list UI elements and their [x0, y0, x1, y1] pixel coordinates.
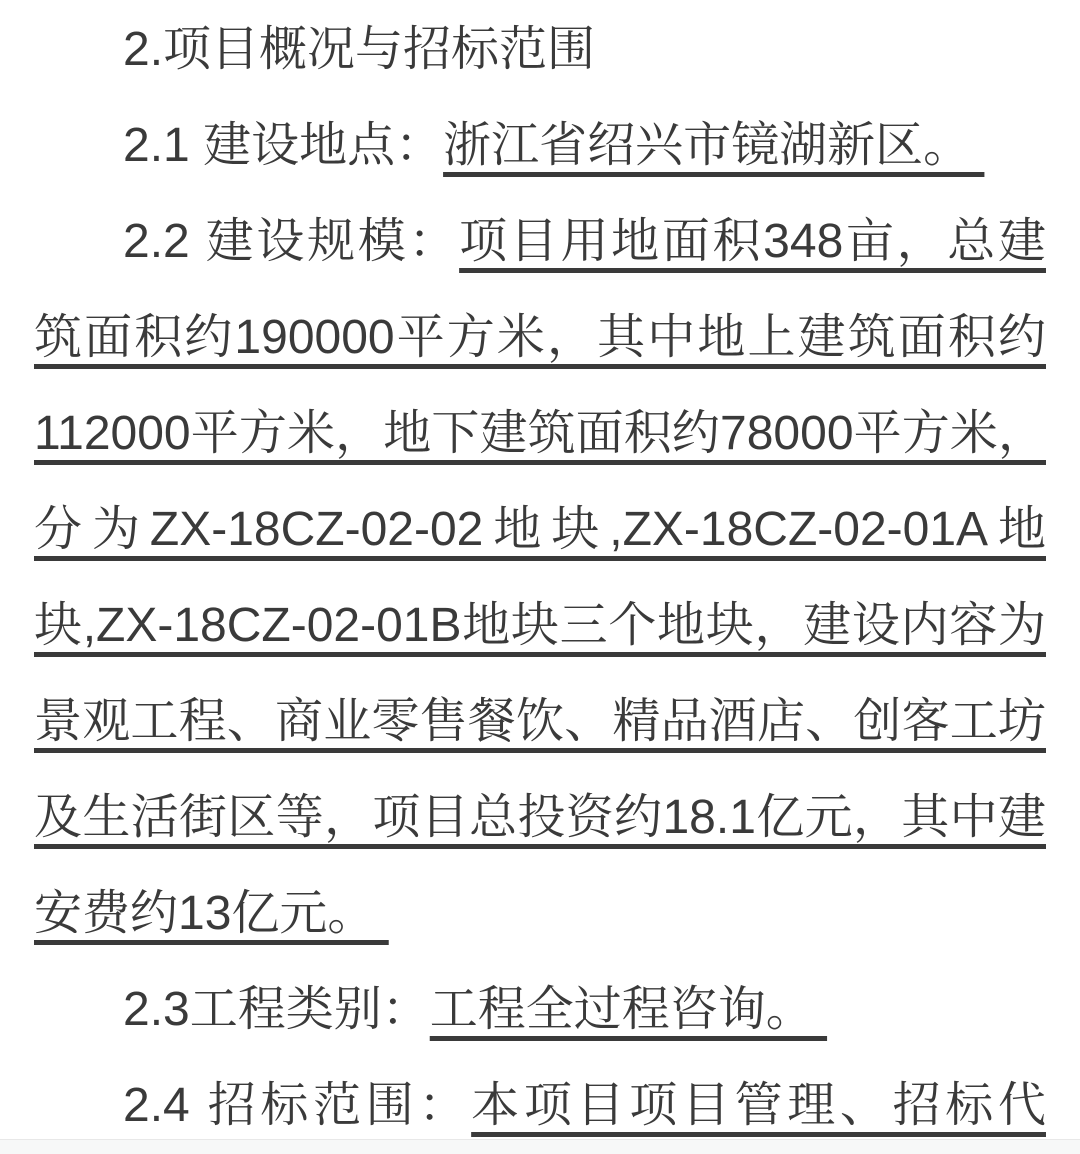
clause-2-4-label: 2.4 招标范围： [123, 1079, 471, 1132]
clause-2-2: 2.2 建设规模：项目用地面积348亩，总建筑面积约190000平方米，其中地上… [34, 194, 1046, 962]
section-heading-text: 2.项目概况与招标范围 [123, 23, 595, 76]
clause-2-1: 2.1 建设地点：浙江省绍兴市镜湖新区。 [34, 98, 1046, 194]
clause-2-3-label: 2.3工程类别： [123, 983, 430, 1036]
section-heading: 2.项目概况与招标范围 [34, 2, 1046, 98]
clause-2-1-value: 浙江省绍兴市镜湖新区。 [443, 119, 984, 172]
document-body: 2.项目概况与招标范围 2.1 建设地点：浙江省绍兴市镜湖新区。 2.2 建设规… [0, 0, 1080, 1154]
clause-2-2-label: 2.2 建设规模： [123, 215, 459, 268]
clause-2-3: 2.3工程类别：工程全过程咨询。 [34, 962, 1046, 1058]
clause-2-1-label: 2.1 建设地点： [123, 119, 443, 172]
clause-2-3-value: 工程全过程咨询。 [430, 983, 827, 1036]
bottom-separator [0, 1139, 1080, 1154]
clause-2-2-value: 项目用地面积348亩，总建筑面积约190000平方米，其中地上建筑面积约1120… [34, 215, 1046, 940]
clause-2-4-value: 本项目项目管理、招标代 [471, 1079, 1046, 1132]
